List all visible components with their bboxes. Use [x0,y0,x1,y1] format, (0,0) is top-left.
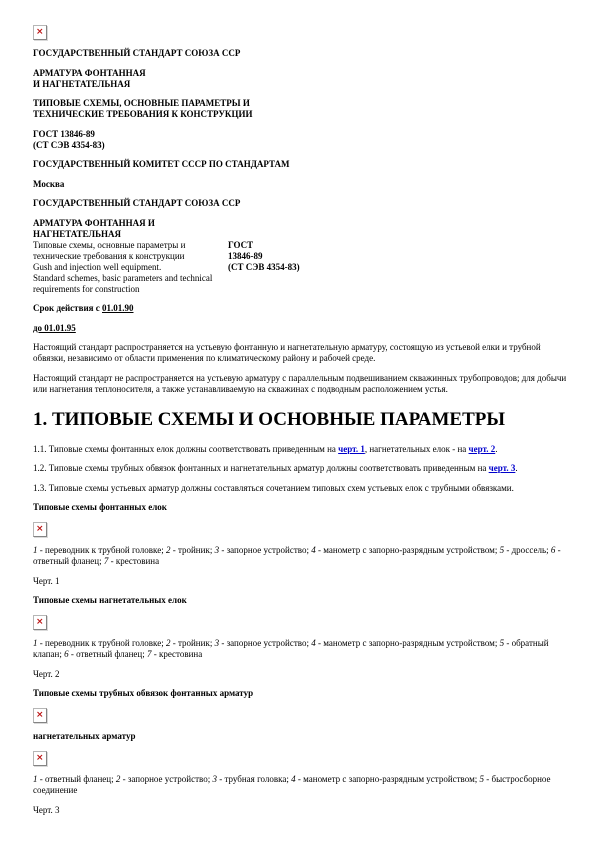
city-line: Москва [33,179,569,190]
fig2-title: Типовые схемы нагнетательных елок [33,595,569,606]
text-segment: , нагнетательных елок - на [365,444,469,454]
text-segment: - манометр с запорно-разрядным устройств… [316,638,500,648]
text-segment: - переводник к трубной головке; [38,545,166,555]
fig1-title: Типовые схемы фонтанных елок [33,502,569,513]
bilingual-title-block: АРМАТУРА ФОНТАННАЯ И НАГНЕТАТЕЛЬНАЯ Типо… [33,218,569,295]
text-segment: - ответный фланец; [38,774,116,784]
title-block-en-line1: Gush and injection well equipment. [33,262,161,272]
doc-subtitle-line1: ТИПОВЫЕ СХЕМЫ, ОСНОВНЫЕ ПАРАМЕТРЫ И [33,98,250,108]
intro-paragraph-2: Настоящий стандарт не распространяется н… [33,373,569,395]
doc-title-line2: И НАГНЕТАТЕЛЬНАЯ [33,79,130,89]
fig2-label: Черт. 2 [33,669,569,680]
broken-image-icon: × [33,25,47,40]
broken-image-x-glyph: × [36,709,44,721]
committee-line: ГОСУДАРСТВЕННЫЙ КОМИТЕТ СССР ПО СТАНДАРТ… [33,159,569,170]
title-block-ru-line2: технические требования к конструкции [33,251,184,261]
fig1-broken-image-paragraph: × [33,522,569,537]
text-segment: - переводник к трубной головке; [38,638,166,648]
validity-to-line: до 01.01.95 [33,323,569,334]
validity-prefix: Срок действия с [33,303,100,313]
text-segment: - тройник; [170,638,214,648]
text-segment: - манометр с запорно-разрядным устройств… [316,545,500,555]
text-segment: . [515,463,517,473]
section-1-heading: 1. ТИПОВЫЕ СХЕМЫ И ОСНОВНЫЕ ПАРАМЕТРЫ [33,409,569,431]
paragraph-1-2: 1.2. Типовые схемы трубных обвязок фонта… [33,463,569,474]
fig1-caption: 1 - переводник к трубной головке; 2 - тр… [33,545,569,567]
doc-title-line1: АРМАТУРА ФОНТАННАЯ [33,68,146,78]
title-block-bold-line1: АРМАТУРА ФОНТАННАЯ И [33,218,155,228]
doc-subtitle: ТИПОВЫЕ СХЕМЫ, ОСНОВНЫЕ ПАРАМЕТРЫ И ТЕХН… [33,98,569,120]
broken-image-x-glyph: × [36,752,44,764]
title-block-gost-number: ГОСТ 13846-89 (СТ СЭВ 4354-83) [228,240,300,273]
fig3-title: Типовые схемы трубных обвязок фонтанных … [33,688,569,699]
fig3-broken-image-paragraph-1: × [33,708,569,723]
gost-union-header-repeat: ГОСУДАРСТВЕННЫЙ СТАНДАРТ СОЮЗА ССР [33,198,569,209]
text-segment: - трубная головка; [217,774,291,784]
doc-title: АРМАТУРА ФОНТАННАЯ И НАГНЕТАТЕЛЬНАЯ [33,68,569,90]
title-block-en-line2: Standard schemes, basic parameters and t… [33,273,212,283]
validity-date-from-link[interactable]: 01.01.90 [102,303,134,313]
paragraph-1-3: 1.3. Типовые схемы устьевых арматур долж… [33,483,569,494]
broken-image-icon: × [33,522,47,537]
document-page: × ГОСУДАРСТВЕННЫЙ СТАНДАРТ СОЮЗА ССР АРМ… [0,0,595,842]
text-segment: - дроссель; [504,545,551,555]
doc-subtitle-line2: ТЕХНИЧЕСКИЕ ТРЕБОВАНИЯ К КОНСТРУКЦИИ [33,109,252,119]
text-segment: - крестовина [151,649,202,659]
fig2-caption: 1 - переводник к трубной головке; 2 - тр… [33,638,569,660]
fig3-label: Черт. 3 [33,805,569,816]
text-segment: - запорное устройство; [120,774,212,784]
gost-right-line2: 13846-89 [228,251,263,261]
broken-image-icon: × [33,615,47,630]
fig3-title-2: нагнетательных арматур [33,731,569,742]
gost-union-header: ГОСУДАРСТВЕННЫЙ СТАНДАРТ СОЮЗА ССР [33,48,569,59]
link-chert-3[interactable]: черт. 3 [489,463,516,473]
gost-number-line2: (СТ СЭВ 4354-83) [33,140,105,150]
validity-date-to-link[interactable]: до 01.01.95 [33,323,76,333]
fig2-broken-image-paragraph: × [33,615,569,630]
intro-paragraph-1: Настоящий стандарт распространяется на у… [33,342,569,364]
title-block-left: АРМАТУРА ФОНТАННАЯ И НАГНЕТАТЕЛЬНАЯ Типо… [33,218,228,295]
paragraph-1-1: 1.1. Типовые схемы фонтанных елок должны… [33,444,569,455]
text-segment: 1.1. Типовые схемы фонтанных елок должны… [33,444,338,454]
broken-image-x-glyph: × [36,26,44,38]
title-block-en-line3: requirements for construction [33,284,139,294]
text-segment: - запорное устройство; [219,638,311,648]
broken-image-paragraph: × [33,25,569,40]
text-segment: . [495,444,497,454]
text-segment: - запорное устройство; [219,545,311,555]
gost-right-line3: (СТ СЭВ 4354-83) [228,262,300,272]
text-segment: 1.2. Типовые схемы трубных обвязок фонта… [33,463,489,473]
gost-number: ГОСТ 13846-89 (СТ СЭВ 4354-83) [33,129,569,151]
link-chert-1[interactable]: черт. 1 [338,444,365,454]
text-segment: - крестовина [108,556,159,566]
broken-image-x-glyph: × [36,523,44,535]
title-block-ru-line1: Типовые схемы, основные параметры и [33,240,185,250]
text-segment: - ответный фланец; [69,649,147,659]
validity-from-line: Срок действия с 01.01.90 [33,303,569,314]
fig3-broken-image-paragraph-2: × [33,751,569,766]
broken-image-icon: × [33,708,47,723]
gost-right-line1: ГОСТ [228,240,253,250]
text-segment: - тройник; [170,545,214,555]
fig1-label: Черт. 1 [33,576,569,587]
title-block-bold-line2: НАГНЕТАТЕЛЬНАЯ [33,229,121,239]
text-segment: - манометр с запорно-разрядным устройств… [296,774,480,784]
fig3-caption: 1 - ответный фланец; 2 - запорное устрой… [33,774,569,796]
broken-image-icon: × [33,751,47,766]
broken-image-x-glyph: × [36,616,44,628]
gost-number-line1: ГОСТ 13846-89 [33,129,95,139]
link-chert-2[interactable]: черт. 2 [469,444,496,454]
